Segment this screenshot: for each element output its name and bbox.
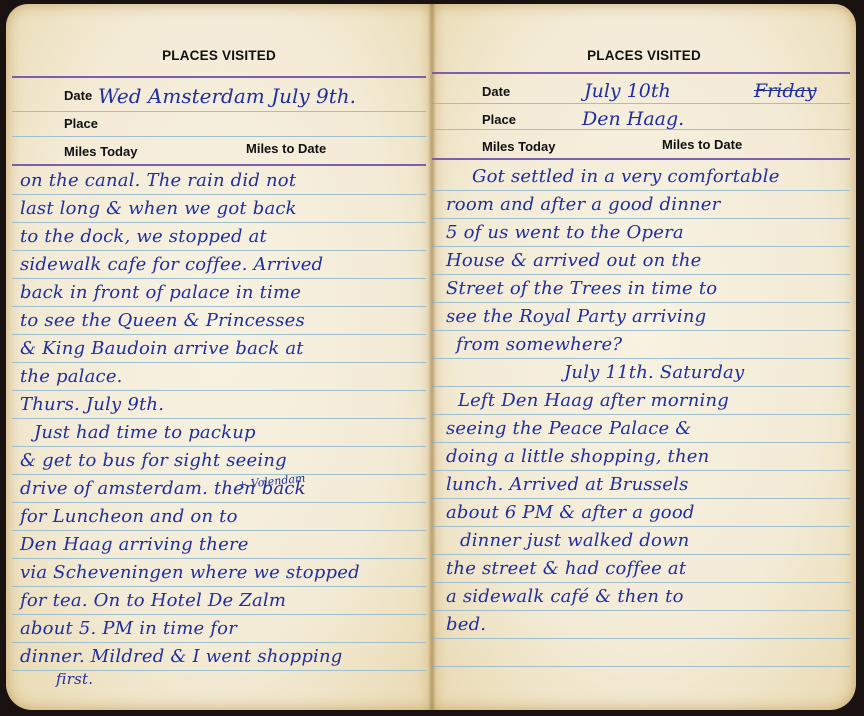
diary-line: a sidewalk café & then to xyxy=(446,586,684,607)
diary-line: Got settled in a very comfortable xyxy=(472,166,780,187)
header-rule xyxy=(432,72,850,74)
date-entry: July 10th xyxy=(584,80,671,102)
diary-line: the street & had coffee at xyxy=(446,558,686,579)
date-label: Date xyxy=(64,88,92,103)
diary-line: to the dock, we stopped at xyxy=(20,226,267,247)
diary-spread: PLACES VISITED Date Wed Amsterdam July 9… xyxy=(0,0,864,716)
diary-line: see the Royal Party arriving xyxy=(446,306,706,327)
ruled-line xyxy=(12,136,426,137)
diary-line: lunch. Arrived at Brussels xyxy=(446,474,689,495)
diary-line: to see the Queen & Princesses xyxy=(20,310,305,331)
diary-line: via Scheveningen where we stopped xyxy=(20,562,360,583)
diary-line: 5 of us went to the Opera xyxy=(446,222,684,243)
diary-line: Just had time to packup xyxy=(34,422,256,443)
diary-line: & get to bus for sight seeing xyxy=(20,450,287,471)
miles-today-label: Miles Today xyxy=(482,139,555,154)
diary-line: for tea. On to Hotel De Zalm xyxy=(20,590,286,611)
place-label: Place xyxy=(482,112,516,127)
header-rule xyxy=(432,158,850,160)
diary-line: on the canal. The rain did not xyxy=(20,170,296,191)
miles-to-date-label: Miles to Date xyxy=(662,137,742,152)
diary-line: dinner. Mildred & I went shopping xyxy=(20,646,343,667)
diary-line: the palace. xyxy=(20,366,123,387)
diary-line: Street of the Trees in time to xyxy=(446,278,717,299)
diary-line: about 6 PM & after a good xyxy=(446,502,695,523)
date-label: Date xyxy=(482,84,510,99)
diary-line: drive of amsterdam. then back xyxy=(20,478,306,499)
diary-line: & King Baudoin arrive back at xyxy=(20,338,304,359)
diary-line: Thurs. July 9th. xyxy=(20,394,164,415)
diary-line: doing a little shopping, then xyxy=(446,446,709,467)
miles-today-label: Miles Today xyxy=(64,144,137,159)
diary-line: seeing the Peace Palace & xyxy=(446,418,691,439)
diary-line: first. xyxy=(56,670,93,688)
left-page-heading: PLACES VISITED xyxy=(6,48,432,63)
left-page: PLACES VISITED Date Wed Amsterdam July 9… xyxy=(6,4,432,710)
place-entry: Den Haag. xyxy=(582,108,684,130)
diary-line: dinner just walked down xyxy=(460,530,689,551)
ruled-line xyxy=(12,111,426,112)
ruled-line xyxy=(432,103,850,104)
right-page-heading: PLACES VISITED xyxy=(432,48,856,63)
diary-line: sidewalk cafe for coffee. Arrived xyxy=(20,254,323,275)
diary-line: House & arrived out on the xyxy=(446,250,701,271)
diary-line: room and after a good dinner xyxy=(446,194,720,215)
diary-line: from somewhere? xyxy=(456,334,622,355)
date-struck-entry: Friday xyxy=(754,80,817,102)
date-entry: Wed Amsterdam July 9th. xyxy=(98,84,356,108)
header-rule xyxy=(12,76,426,78)
diary-line: about 5. PM in time for xyxy=(20,618,237,639)
miles-to-date-label: Miles to Date xyxy=(246,141,326,156)
header-rule xyxy=(12,164,426,166)
diary-line: for Luncheon and on to xyxy=(20,506,238,527)
diary-line: back in front of palace in time xyxy=(20,282,301,303)
right-page: PLACES VISITED Date July 10th Friday Pla… xyxy=(432,4,856,710)
diary-line: bed. xyxy=(446,614,486,635)
diary-line: last long & when we got back xyxy=(20,198,297,219)
place-label: Place xyxy=(64,116,98,131)
diary-line: July 11th. Saturday xyxy=(564,362,744,383)
diary-line: Left Den Haag after morning xyxy=(458,390,729,411)
diary-line: Den Haag arriving there xyxy=(20,534,249,555)
